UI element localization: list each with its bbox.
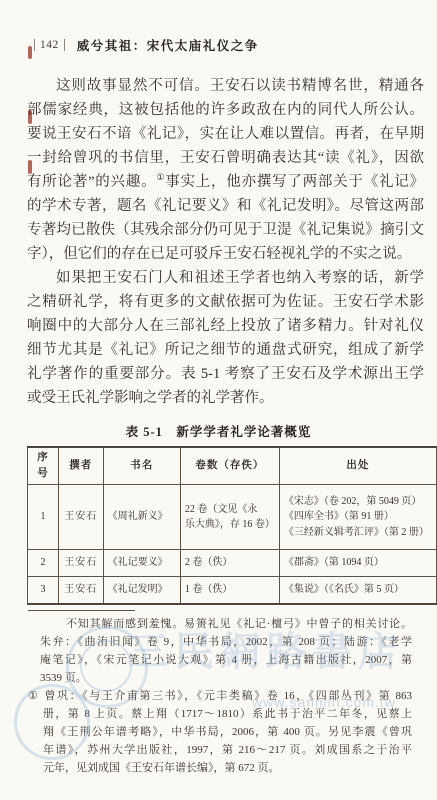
text-line: 翔《王荆公年谱考略》，中华书局，2006，第 400 页。另见李震《曾巩 (28, 723, 412, 741)
cell-title: 《礼记发明》 (103, 577, 180, 605)
text-line: 朱弁：《曲洧旧闻》卷 9，中华书局，2002，第 208 页；陆游：《老学 (28, 633, 412, 651)
text-line: 细节尤其是《礼记》所记之细节的通盘式研究，组成了新学 (27, 338, 424, 362)
footnote-marker-1: ① (28, 690, 39, 702)
text-line: 乐大典》，存 16 卷） (185, 517, 275, 533)
cell-title: 《礼记要义》 (103, 550, 180, 577)
table-row: 1 王安石 《周礼新义》 22 卷（文见《永乐大典》，存 16 卷） 《宋志》（… (28, 485, 437, 550)
cell-source: 《郡斋》（第 1094 页） (279, 550, 436, 577)
text-line: 《集说》（《名氏》第 5 页） (284, 582, 432, 598)
paragraph-1-part-b: 的学术专著，题名《礼记要义》和《礼记发明》。尽管这两部专著均已散佚（其残余部分仍… (27, 194, 424, 266)
header-bar-right (64, 39, 65, 51)
text-line: 部儒家经典，这被包括他的许多政敌在内的同代人所公认。 (27, 98, 424, 122)
cell-author: 王安石 (58, 577, 103, 605)
chapter-title: 威兮其祖：宋代太庙礼仪之争 (77, 36, 259, 54)
text-line: 一封给曾巩的书信里，王安石曾明确表达其“读《礼》，因欲 (27, 146, 424, 170)
footnote-separator (28, 610, 135, 611)
text-line: 庵笔记》，《宋元笔记小说大观》第 4 册，上海古籍出版社，2007，第 (28, 651, 412, 669)
footnote-continuation: 不知其解而感到羞愧。易箦礼见《礼记·檀弓》中曾子的相关讨论。朱弁：《曲洧旧闻》卷… (28, 615, 412, 687)
text-line: 《宋志》（卷 202，第 5049 页） (284, 494, 432, 510)
text-line: 响圈中的大部分人在三部礼经上投放了诸多精力。针对礼仪 (27, 314, 424, 338)
page-number: 142 (40, 39, 59, 51)
table-row: 2 王安石 《礼记要义》 2 卷（佚） 《郡斋》（第 1094 页） (28, 550, 437, 577)
text-line: 《郡斋》（第 1094 页） (284, 555, 432, 571)
footnote-1-first-line: ①曾巩：《与王介甫第三书》，《元丰类稿》卷 16，《四部丛刊》第 863 (28, 687, 412, 705)
text-line: 要说王安石不谙《礼记》，实在让人难以置信。再者，在早期 (27, 122, 424, 146)
text-line: 如果把王安石门人和祖述王学者也纳入考察的话，新学 (27, 266, 424, 290)
text-line: 《四库全书》（第 91 册） (284, 509, 432, 525)
cell-volumes: 2 卷（佚） (180, 550, 279, 577)
text-line: 字），但它们的存在已足可驳斥王安石轻视礼学的不实之说。 (27, 242, 424, 266)
cell-source: 《宋志》（卷 202，第 5049 页）《四库全书》（第 91 册）《三经新义辑… (279, 485, 436, 550)
text-line: 年谱》，苏州大学出版社，1997，第 216～217 页。刘成国系之于治平 (28, 741, 412, 759)
text-line: 元年，见刘成国《王安石年谱长编》，第 672 页。 (28, 759, 412, 777)
text-line: 这则故事显然不可信。王安石以读书精博名世，精通各 (27, 74, 424, 98)
text-line: 或受王氏礼学影响之学者的礼学著作。 (27, 386, 424, 410)
header-bar-left (34, 39, 35, 51)
text-line: 专著均已散佚（其残余部分仍可见于卫湜《礼记集说》摘引文 (27, 218, 424, 242)
cell-title: 《周礼新义》 (103, 485, 180, 550)
text-line: 礼学著作的重要部分。表 5-1 考察了王安石及学术源出王学 (27, 362, 424, 386)
footnote-1-rest: 册，第 8 上页。蔡上翔（1717～1810）系此书于治平二年冬，见蔡上翔《王荆… (28, 705, 412, 777)
text-line: 3539 页。 (28, 669, 412, 687)
footnotes: 不知其解而感到羞愧。易箦礼见《礼记·檀弓》中曾子的相关讨论。朱弁：《曲洧旧闻》卷… (28, 615, 412, 777)
text-line: 22 卷（文见《永 (185, 502, 275, 518)
cell-volumes: 1 卷（佚） (180, 577, 279, 605)
text-line: 之精研礼学，将有更多的文献依据可为佐证。王安石学术影 (27, 290, 424, 314)
paragraph-1-part-a: 这则故事显然不可信。王安石以读书精博名世，精通各部儒家经典，这被包括他的许多政敌… (27, 74, 424, 170)
text-line: 的学术专著，题名《礼记要义》和《礼记发明》。尽管这两部 (27, 194, 424, 218)
running-header: 142 威兮其祖：宋代太庙礼仪之争 (29, 37, 259, 53)
cell-volumes: 22 卷（文见《永乐大典》，存 16 卷） (180, 485, 279, 550)
cell-number: 2 (28, 550, 59, 577)
text-line: 1 卷（佚） (185, 582, 275, 598)
text-line: 册，第 8 上页。蔡上翔（1717～1810）系此书于治平二年冬，见蔡上 (28, 705, 412, 723)
edge-stain-mark (28, 46, 32, 59)
text-line: 《三经新义辑考汇评》（第 2 册） (284, 525, 432, 541)
cell-author: 王安石 (58, 485, 103, 550)
cell-number: 1 (28, 485, 59, 550)
cell-author: 王安石 (58, 550, 103, 577)
cell-number: 3 (28, 577, 59, 605)
line-text: 有所论著”的兴趣。 (27, 174, 156, 190)
col-header-source: 出处 (279, 447, 436, 485)
scholars-works-table: 序号 撰者 书名 卷数（存佚） 出处 1 王安石 《周礼新义》 22 卷（文见《… (27, 446, 437, 605)
book-page-scan: 142 威兮其祖：宋代太庙礼仪之争 这则故事显然不可信。王安石以读书精博名世，精… (0, 0, 437, 800)
text-line: 不知其解而感到羞愧。易箦礼见《礼记·檀弓》中曾子的相关讨论。 (28, 615, 412, 633)
footnote-text: 曾巩：《与王介甫第三书》，《元丰类稿》卷 16，《四部丛刊》第 863 (44, 690, 412, 702)
table-header-row: 序号 撰者 书名 卷数（存佚） 出处 (28, 447, 437, 485)
col-header-number: 序号 (28, 447, 59, 485)
col-header-author: 撰者 (58, 447, 103, 485)
paragraph-1-line-with-note-ref: 有所论著”的兴趣。①事实上，他亦撰写了两部关于《礼记》 (27, 170, 424, 194)
text-line: 2 卷（佚） (185, 555, 275, 571)
table-row: 3 王安石 《礼记发明》 1 卷（佚） 《集说》（《名氏》第 5 页） (28, 577, 437, 605)
body-text: 这则故事显然不可信。王安石以读书精博名世，精通各部儒家经典，这被包括他的许多政敌… (27, 74, 424, 410)
col-header-volumes: 卷数（存佚） (180, 447, 279, 485)
footnote-ref-1: ① (156, 172, 165, 182)
col-header-title: 书名 (103, 447, 180, 485)
paragraph-2: 如果把王安石门人和祖述王学者也纳入考察的话，新学之精研礼学，将有更多的文献依据可… (27, 266, 424, 410)
cell-source: 《集说》（《名氏》第 5 页） (279, 577, 436, 605)
line-text: 事实上，他亦撰写了两部关于《礼记》 (165, 174, 424, 190)
table-caption: 表 5-1 新学学者礼学论著概览 (27, 423, 410, 441)
